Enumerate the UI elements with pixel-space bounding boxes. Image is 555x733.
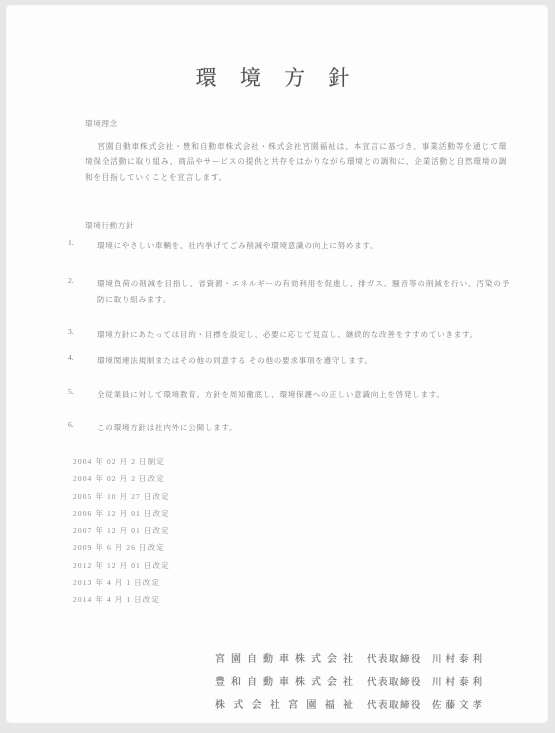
document-title: 環 境 方 針	[6, 62, 548, 92]
philosophy-paragraph: 宮園自動車株式会社・豊和自動車株式会社・株式会社宮園福祉は、本宣言に基づき、事業…	[85, 139, 507, 185]
policy-item-number: 4.	[68, 353, 97, 369]
policy-item-number: 5.	[68, 387, 97, 403]
signature-company: 豊和自動車株式会社	[215, 673, 353, 688]
policy-item-text: 環境方針にあたっては目的・目標を設定し、必要に応じて見直し、継続的な改善をすすめ…	[97, 327, 510, 343]
signature-company: 宮園自動車株式会社	[215, 650, 353, 665]
signature-company: 株式会社宮園福祉	[215, 696, 353, 711]
signature-role: 代表取締役	[367, 697, 422, 711]
document-page: 環 境 方 針 環境理念 宮園自動車株式会社・豊和自動車株式会社・株式会社宮園福…	[6, 5, 548, 723]
policy-item-number: 6.	[68, 420, 97, 436]
policy-item-text: 全従業員に対して環境教育、方針を周知徹底し、環境保護への正しい意識向上を啓発しま…	[97, 387, 510, 403]
revision-line: 2013 年 4 月 1 日改定	[73, 574, 170, 591]
signature-name: 川村泰利	[432, 674, 486, 688]
signature-row: 株式会社宮園福祉 代表取締役 佐藤文孝	[215, 696, 486, 719]
philosophy-heading: 環境理念	[85, 118, 118, 129]
policy-item-text: 環境負荷の削減を目指し、省資源・エネルギーの有効利用を促進し、排ガス、騒音等の削…	[97, 276, 510, 307]
scan-frame: 環 境 方 針 環境理念 宮園自動車株式会社・豊和自動車株式会社・株式会社宮園福…	[0, 0, 555, 733]
signature-name: 佐藤文孝	[432, 697, 486, 711]
revision-line: 2012 年 12 月 01 日改定	[73, 557, 170, 574]
policy-item: 5. 全従業員に対して環境教育、方針を周知徹底し、環境保護への正しい意識向上を啓…	[68, 387, 510, 403]
policy-item-number: 2.	[68, 276, 97, 307]
policy-item: 6. この環境方針は社内外に公開します。	[68, 420, 510, 436]
signature-row: 宮園自動車株式会社 代表取締役 川村泰利	[215, 650, 486, 673]
revision-line: 2006 年 12 月 01 日改定	[73, 505, 170, 522]
policy-item: 3. 環境方針にあたっては目的・目標を設定し、必要に応じて見直し、継続的な改善を…	[68, 327, 510, 343]
signature-block: 宮園自動車株式会社 代表取締役 川村泰利 豊和自動車株式会社 代表取締役 川村泰…	[215, 650, 486, 719]
revision-line: 2014 年 4 月 1 日改定	[73, 591, 170, 608]
policy-item-number: 1.	[68, 238, 97, 254]
signature-name: 川村泰利	[432, 651, 486, 665]
revision-history: 2004 年 02 月 2 日制定 2004 年 02 月 2 日改定 2005…	[73, 453, 170, 609]
revision-line: 2007 年 12 月 01 日改定	[73, 522, 170, 539]
policy-item: 2. 環境負荷の削減を目指し、省資源・エネルギーの有効利用を促進し、排ガス、騒音…	[68, 276, 510, 307]
signature-role: 代表取締役	[367, 674, 422, 688]
policy-item-text: 環境にやさしい車輌を、社内挙げてごみ削減や環境意識の向上に努めます。	[97, 238, 510, 254]
revision-line: 2004 年 02 月 2 日改定	[73, 470, 170, 487]
revision-line: 2009 年 6 月 26 日改定	[73, 539, 170, 556]
policy-item: 4. 環境関連法規制またはその他の同意する その他の要求事項を遵守します。	[68, 353, 510, 369]
signature-role: 代表取締役	[367, 651, 422, 665]
signature-row: 豊和自動車株式会社 代表取締役 川村泰利	[215, 673, 486, 696]
action-policy-heading: 環境行動方針	[85, 220, 134, 231]
policy-item-text: この環境方針は社内外に公開します。	[97, 420, 510, 436]
revision-line: 2004 年 02 月 2 日制定	[73, 453, 170, 470]
policy-item-number: 3.	[68, 327, 97, 343]
scanned-content: 環 境 方 針 環境理念 宮園自動車株式会社・豊和自動車株式会社・株式会社宮園福…	[6, 5, 548, 723]
policy-item-text: 環境関連法規制またはその他の同意する その他の要求事項を遵守します。	[97, 353, 510, 369]
policy-item: 1. 環境にやさしい車輌を、社内挙げてごみ削減や環境意識の向上に努めます。	[68, 238, 510, 254]
revision-line: 2005 年 10 月 27 日改定	[73, 488, 170, 505]
